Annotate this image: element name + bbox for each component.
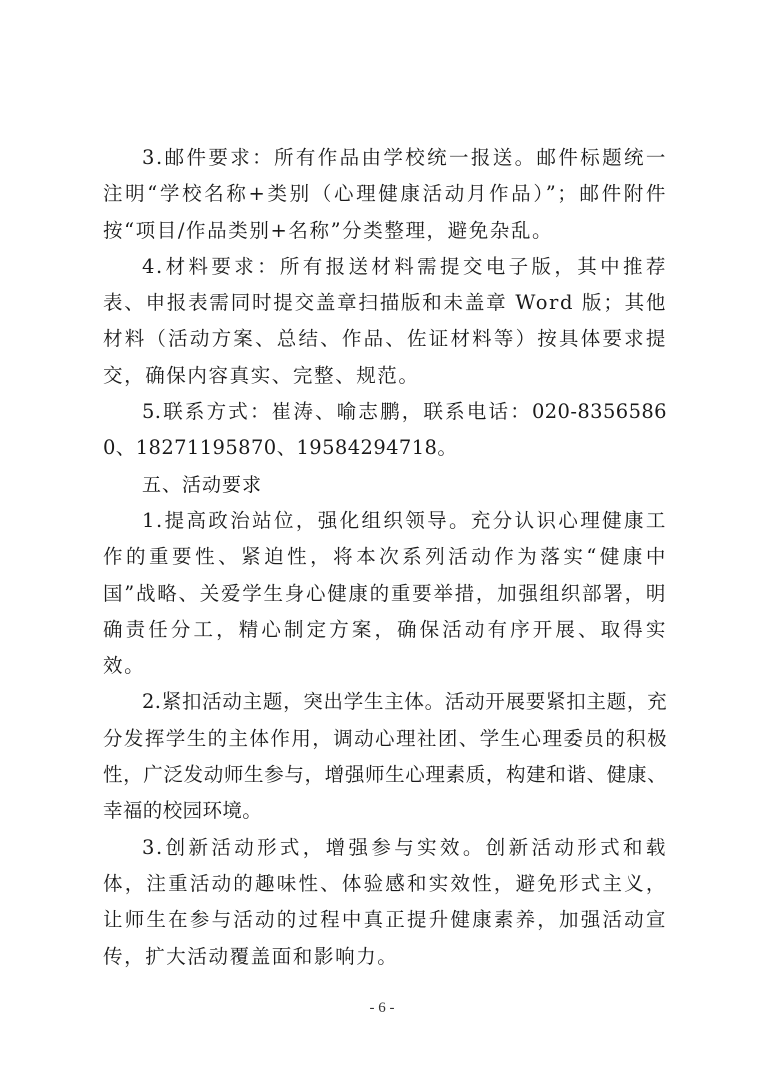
requirement-item-2: 2.紧扣活动主题，突出学生主体。活动开展要紧扣主题，充分发挥学生的主体作用，调动…	[103, 684, 667, 829]
requirement-item-1: 1.提高政治站位，强化组织领导。充分认识心理健康工作的重要性、紧迫性，将本次系列…	[103, 503, 667, 684]
paragraph-mail-requirement: 3.邮件要求：所有作品由学校统一报送。邮件标题统一注明“学校名称+类别（心理健康…	[103, 140, 667, 249]
document-page: 3.邮件要求：所有作品由学校统一报送。邮件标题统一注明“学校名称+类别（心理健康…	[0, 0, 764, 1080]
section-heading: 五、活动要求	[103, 467, 667, 503]
paragraph-material-requirement: 4.材料要求：所有报送材料需提交电子版，其中推荐表、申报表需同时提交盖章扫描版和…	[103, 249, 667, 394]
document-body: 3.邮件要求：所有作品由学校统一报送。邮件标题统一注明“学校名称+类别（心理健康…	[103, 140, 667, 975]
paragraph-contact-info: 5.联系方式：崔涛、喻志鹏，联系电话：020-83565860、18271195…	[103, 394, 667, 467]
requirement-item-3: 3.创新活动形式，增强参与实效。创新活动形式和载体，注重活动的趣味性、体验感和实…	[103, 830, 667, 975]
page-number: - 6 -	[0, 1000, 764, 1017]
